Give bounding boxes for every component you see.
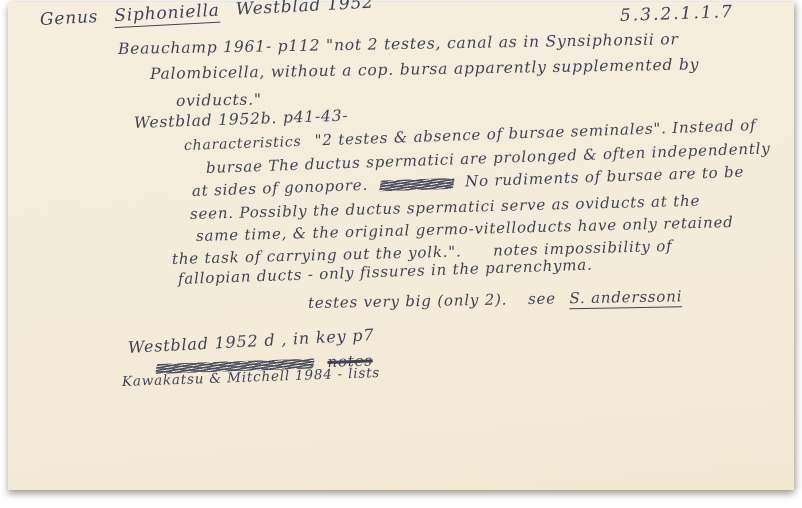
index-card: Genus Siphoniella Westblad 1952 5.3.2.1.… — [8, 2, 794, 490]
ink-scribble — [379, 177, 455, 191]
characteristics-quote-3b: No rudiments of bursae are to be — [465, 163, 745, 191]
see-label: see — [528, 290, 556, 308]
characteristics-label: characteristics — [184, 134, 302, 154]
characteristics-quote-3a: at sides of gonopore. — [192, 176, 369, 200]
see-reference: see S. anderssoni — [528, 287, 683, 308]
genus-authority: Westblad 1952 — [235, 0, 374, 20]
genus-prefix: Genus — [39, 7, 98, 30]
catalog-number: 5.3.2.1.1.7 — [620, 2, 735, 26]
beauchamp-line-2: Palombicella, without a cop. bursa appar… — [150, 55, 699, 83]
beauchamp-line-1: Beauchamp 1961- p112 "not 2 testes, cana… — [118, 30, 679, 58]
testes-note: testes very big (only 2). — [308, 291, 508, 312]
genus-heading: Genus Siphoniella Westblad 1952 — [39, 0, 374, 30]
beauchamp-line-3: oviducts." — [176, 91, 262, 110]
westblad-reference: Westblad 1952b. p41-43- — [134, 107, 349, 132]
genus-name: Siphoniella — [114, 1, 220, 28]
see-species-name: S. anderssoni — [569, 287, 682, 309]
